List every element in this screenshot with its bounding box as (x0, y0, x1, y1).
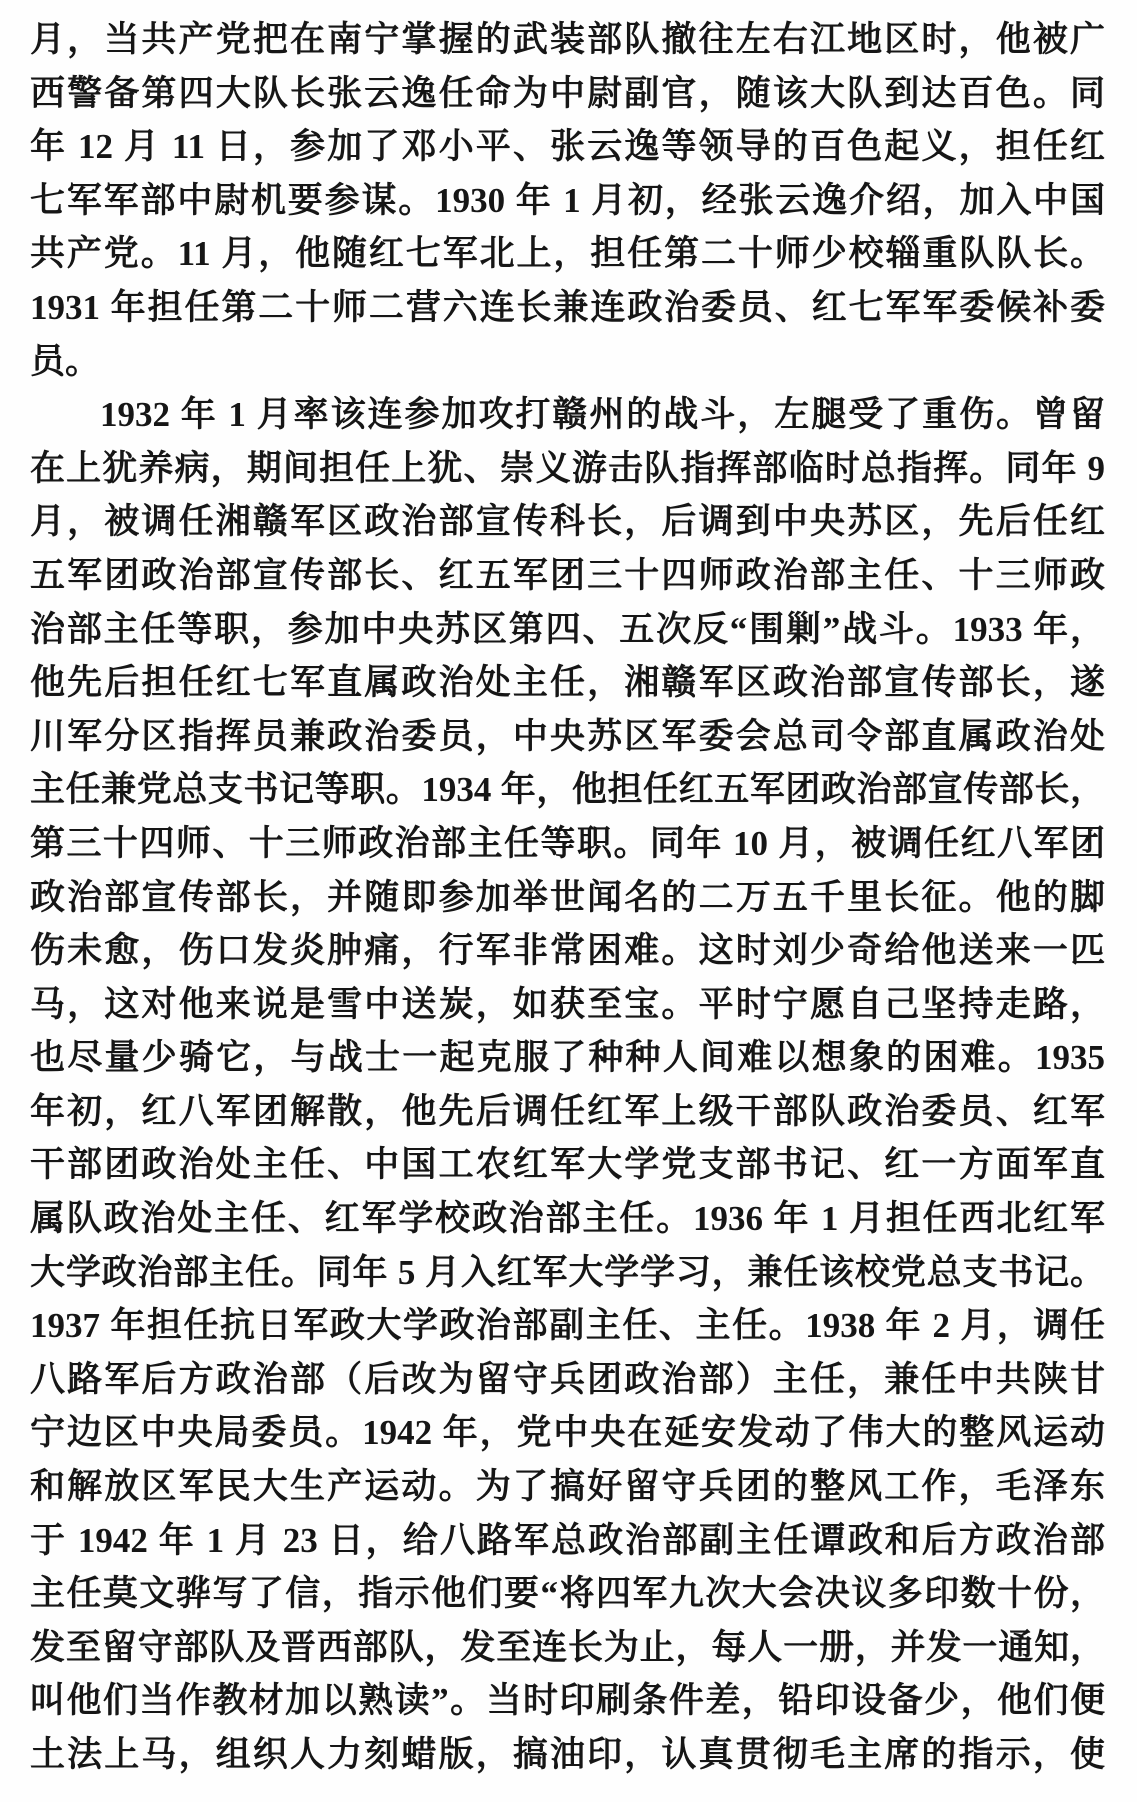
text-line: 宁边区中央局委员。1942 年，党中央在延安发动了伟大的整风运动 (30, 1406, 1105, 1460)
text-line: 年 12 月 11 日，参加了邓小平、张云逸等领导的百色起义，担任红 (30, 120, 1105, 174)
text-line: 和解放区军民大生产运动。为了搞好留守兵团的整风工作，毛泽东 (30, 1460, 1105, 1514)
text-line: 月，被调任湘赣军区政治部宣传科长，后调到中央苏区，先后任红 (30, 495, 1105, 549)
text-line: 共产党。11 月，他随红七军北上，担任第二十师少校辎重队队长。 (30, 227, 1105, 281)
text-line: 在上犹养病，期间担任上犹、崇义游击队指挥部临时总指挥。同年 9 (30, 442, 1105, 496)
text-line: 治部主任等职，参加中央苏区第四、五次反“围剿”战斗。1933 年， (30, 603, 1105, 657)
text-line: 七军军部中尉机要参谋。1930 年 1 月初，经张云逸介绍，加入中国 (30, 174, 1105, 228)
text-line: 大学政治部主任。同年 5 月入红军大学学习，兼任该校党总支书记。 (30, 1246, 1105, 1300)
text-line: 川军分区指挥员兼政治委员，中央苏区军委会总司令部直属政治处 (30, 710, 1105, 764)
text-line: 叫他们当作教材加以熟读”。当时印刷条件差，铅印设备少，他们便 (30, 1674, 1105, 1728)
text-line: 主任莫文骅写了信，指示他们要“将四军九次大会决议多印数十份， (30, 1567, 1105, 1621)
text-line: 员。 (30, 335, 1105, 389)
text-line: 伤未愈，伤口发炎肿痛，行军非常困难。这时刘少奇给他送来一匹 (30, 924, 1105, 978)
text-line: 西警备第四大队长张云逸任命为中尉副官，随该大队到达百色。同 (30, 67, 1105, 121)
body-text: 月，当共产党把在南宁掌握的武装部队撤往左右江地区时，他被广西警备第四大队长张云逸… (30, 13, 1105, 1782)
text-line: 于 1942 年 1 月 23 日，给八路军总政治部副主任谭政和后方政治部 (30, 1514, 1105, 1568)
text-line: 马，这对他来说是雪中送炭，如获至宝。平时宁愿自己坚持走路， (30, 978, 1105, 1032)
text-line: 五军团政治部宣传部长、红五军团三十四师政治部主任、十三师政 (30, 549, 1105, 603)
text-line: 月，当共产党把在南宁掌握的武装部队撤往左右江地区时，他被广 (30, 13, 1105, 67)
text-line: 干部团政治处主任、中国工农红军大学党支部书记、红一方面军直 (30, 1138, 1105, 1192)
text-line: 1932 年 1 月率该连参加攻打赣州的战斗，左腿受了重伤。曾留 (30, 388, 1105, 442)
text-line: 他先后担任红七军直属政治处主任，湘赣军区政治部宣传部长，遂 (30, 656, 1105, 710)
text-line: 土法上马，组织人力刻蜡版，搞油印，认真贯彻毛主席的指示，使 (30, 1728, 1105, 1782)
text-line: 第三十四师、十三师政治部主任等职。同年 10 月，被调任红八军团 (30, 817, 1105, 871)
text-line: 主任兼党总支书记等职。1934 年，他担任红五军团政治部宣传部长， (30, 763, 1105, 817)
text-line: 八路军后方政治部（后改为留守兵团政治部）主任，兼任中共陕甘 (30, 1353, 1105, 1407)
text-line: 属队政治处主任、红军学校政治部主任。1936 年 1 月担任西北红军 (30, 1192, 1105, 1246)
text-line: 政治部宣传部长，并随即参加举世闻名的二万五千里长征。他的脚 (30, 871, 1105, 925)
scanned-page: 月，当共产党把在南宁掌握的武装部队撤往左右江地区时，他被广西警备第四大队长张云逸… (0, 0, 1137, 1802)
text-line: 年初，红八军团解散，他先后调任红军上级干部队政治委员、红军 (30, 1085, 1105, 1139)
text-line: 发至留守部队及晋西部队，发至连长为止，每人一册，并发一通知， (30, 1621, 1105, 1675)
text-line: 也尽量少骑它，与战士一起克服了种种人间难以想象的困难。1935 (30, 1031, 1105, 1085)
text-line: 1937 年担任抗日军政大学政治部副主任、主任。1938 年 2 月，调任 (30, 1299, 1105, 1353)
text-line: 1931 年担任第二十师二营六连长兼连政治委员、红七军军委候补委 (30, 281, 1105, 335)
